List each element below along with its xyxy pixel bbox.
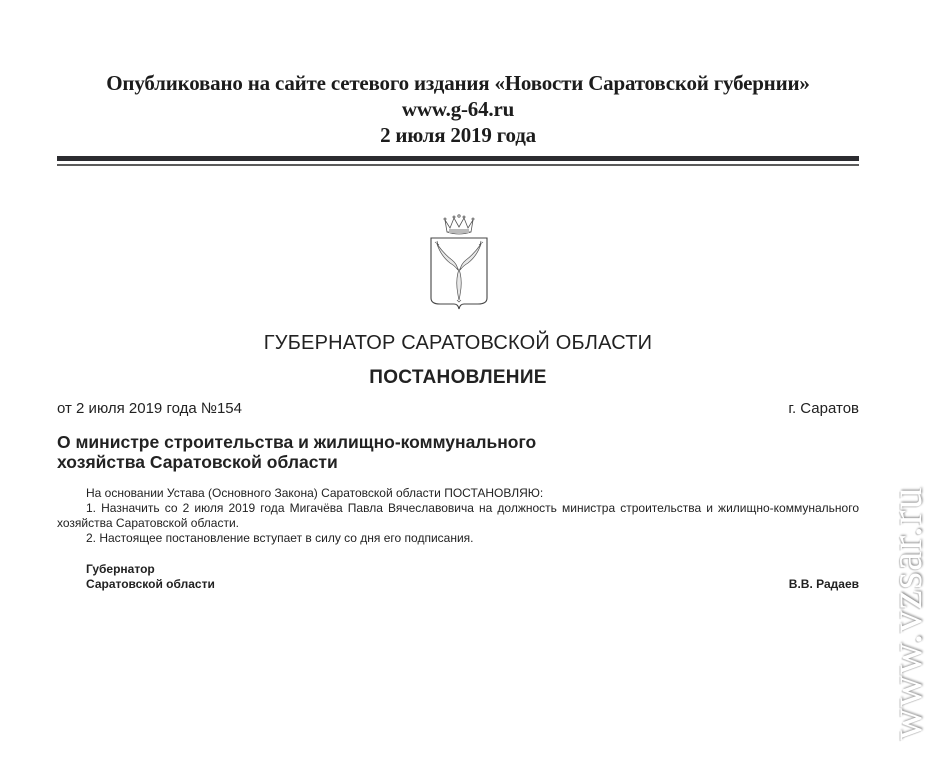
- body-paragraph: 2. Настоящее постановление вступает в си…: [57, 531, 859, 546]
- site-watermark: www.vzsar.ru: [885, 486, 929, 740]
- header-divider-thick: [57, 156, 859, 161]
- document-title-line: хозяйства Саратовской области: [57, 452, 536, 472]
- publication-source: Опубликовано на сайте сетевого издания «…: [57, 70, 859, 96]
- issuing-authority: ГУБЕРНАТОР САРАТОВСКОЙ ОБЛАСТИ: [57, 331, 859, 355]
- body-paragraph: 1. Назначить со 2 июля 2019 года Мигачёв…: [57, 501, 859, 531]
- signatory-title: Губернатор: [86, 562, 859, 577]
- document-type: ПОСТАНОВЛЕНИЕ: [57, 366, 859, 390]
- signatory-name: В.В. Радаев: [789, 577, 859, 592]
- signature-block: Губернатор Саратовской области В.В. Рада…: [86, 562, 859, 592]
- saratov-coat-of-arms-icon: [428, 214, 490, 312]
- publication-url: www.g-64.ru: [57, 96, 859, 122]
- document-title: О министре строительства и жилищно-комму…: [57, 432, 536, 472]
- document-date-number: от 2 июля 2019 года №154: [57, 400, 242, 418]
- header-divider-thin: [57, 164, 859, 166]
- document-body: На основании Устава (Основного Закона) С…: [57, 486, 859, 546]
- signatory-title: Саратовской области: [86, 577, 859, 592]
- publication-header: Опубликовано на сайте сетевого издания «…: [57, 70, 859, 148]
- document-title-line: О министре строительства и жилищно-комму…: [57, 432, 536, 452]
- body-paragraph: На основании Устава (Основного Закона) С…: [57, 486, 859, 501]
- publication-date: 2 июля 2019 года: [57, 122, 859, 148]
- document-city: г. Саратов: [788, 400, 859, 418]
